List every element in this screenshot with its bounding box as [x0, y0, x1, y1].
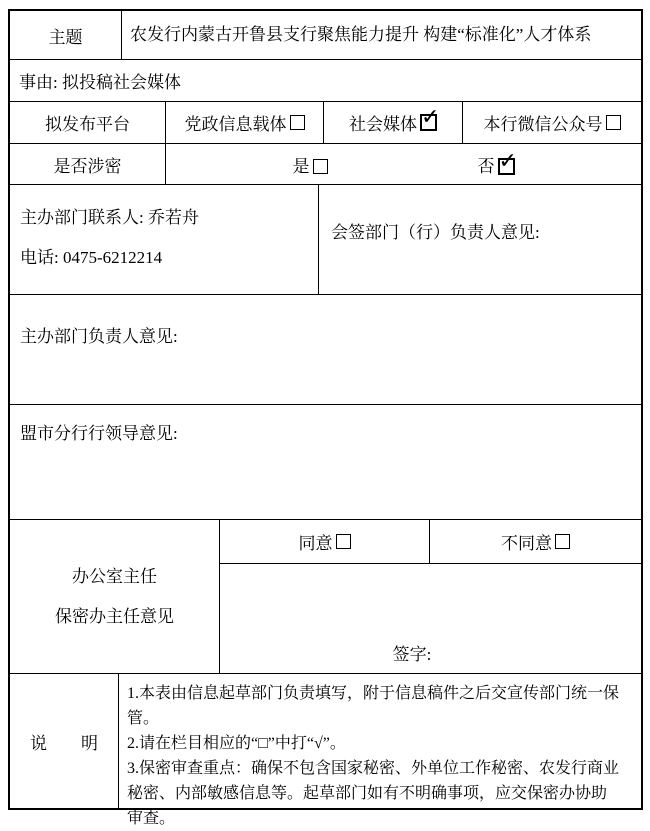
host-dept-opinion-row: 主办部门负责人意见:	[10, 294, 641, 404]
party-media-checkbox[interactable]	[290, 115, 305, 130]
notes-cell: 1.本表由信息起草部门负责填写，附于信息稿件之后交宣传部门统一保管。 2.请在栏…	[118, 674, 641, 808]
office-director-line2: 保密办主任意见	[55, 597, 174, 637]
social-media-checkbox[interactable]	[420, 114, 437, 131]
platform-option-wechat-label: 本行微信公众号	[484, 110, 603, 135]
platform-row: 拟发布平台 党政信息载体 社会媒体 本行微信公众号	[10, 101, 641, 143]
office-director-decision-cell: 同意 不同意 签字:	[219, 520, 641, 673]
publish-approval-form: 主题 农发行内蒙古开鲁县支行聚焦能力提升 构建“标准化”人才体系 事由: 拟投稿…	[8, 9, 643, 810]
notes-row: 说 明 1.本表由信息起草部门负责填写，附于信息稿件之后交宣传部门统一保管。 2…	[10, 673, 641, 808]
platform-label: 拟发布平台	[10, 102, 165, 143]
contact-row: 主办部门联系人: 乔若舟 电话: 0475-6212214 会签部门（行）负责人…	[10, 184, 641, 294]
disagree-cell: 不同意	[429, 520, 641, 563]
note-item-1: 1.本表由信息起草部门负责填写，附于信息稿件之后交宣传部门统一保管。	[127, 681, 622, 731]
disagree-checkbox[interactable]	[555, 534, 570, 549]
secrecy-option-no: 否	[478, 152, 515, 177]
office-director-label-cell: 办公室主任 保密办主任意见	[10, 520, 219, 673]
decision-subrow: 同意 不同意	[220, 520, 641, 564]
note-item-2: 2.请在栏目相应的“□”中打“√”。	[127, 731, 622, 756]
host-dept-opinion-cell: 主办部门负责人意见:	[10, 295, 641, 404]
secrecy-label: 是否涉密	[10, 144, 165, 184]
signature-label: 签字:	[393, 640, 432, 665]
contact-person-line: 主办部门联系人: 乔若舟	[20, 198, 318, 238]
countersign-opinion-cell: 会签部门（行）负责人意见:	[318, 185, 641, 294]
secrecy-yes-checkbox[interactable]	[313, 159, 328, 174]
subject-label: 主题	[10, 11, 121, 59]
disagree-label: 不同意	[501, 529, 552, 554]
reason-row: 事由: 拟投稿社会媒体	[10, 59, 641, 101]
signature-cell: 签字:	[220, 564, 641, 673]
platform-option-social-label: 社会媒体	[349, 110, 417, 135]
agree-label: 同意	[299, 529, 333, 554]
subject-value: 农发行内蒙古开鲁县支行聚焦能力提升 构建“标准化”人才体系	[121, 11, 641, 59]
secrecy-option-yes: 是	[293, 152, 328, 177]
contact-cell: 主办部门联系人: 乔若舟 电话: 0475-6212214	[10, 185, 318, 294]
secrecy-yes-label: 是	[293, 157, 310, 176]
platform-option-party: 党政信息载体	[165, 102, 323, 143]
notes-label-cell: 说 明	[10, 674, 118, 808]
contact-phone-line: 电话: 0475-6212214	[20, 238, 318, 278]
secrecy-options: 是 否	[165, 144, 641, 184]
note-item-3: 3.保密审查重点：确保不包含国家秘密、外单位工作秘密、农发行商业秘密、内部敏感信…	[127, 756, 622, 831]
platform-option-wechat: 本行微信公众号	[462, 102, 641, 143]
agree-checkbox[interactable]	[336, 534, 351, 549]
office-director-line1: 办公室主任	[72, 557, 157, 597]
branch-leader-opinion-row: 盟市分行行领导意见:	[10, 404, 641, 519]
agree-cell: 同意	[220, 520, 429, 563]
platform-option-party-label: 党政信息载体	[185, 110, 287, 135]
bank-wechat-checkbox[interactable]	[606, 115, 621, 130]
office-director-row: 办公室主任 保密办主任意见 同意 不同意 签字:	[10, 519, 641, 673]
platform-option-social: 社会媒体	[323, 102, 462, 143]
subject-row: 主题 农发行内蒙古开鲁县支行聚焦能力提升 构建“标准化”人才体系	[10, 11, 641, 59]
secrecy-no-label: 否	[478, 157, 495, 176]
secrecy-no-checkbox[interactable]	[498, 158, 515, 175]
secrecy-row: 是否涉密 是 否	[10, 143, 641, 184]
branch-leader-opinion-cell: 盟市分行行领导意见:	[10, 405, 641, 519]
subject-value-text: 农发行内蒙古开鲁县支行聚焦能力提升 构建“标准化”人才体系	[130, 24, 591, 46]
reason-cell: 事由: 拟投稿社会媒体	[10, 60, 641, 101]
